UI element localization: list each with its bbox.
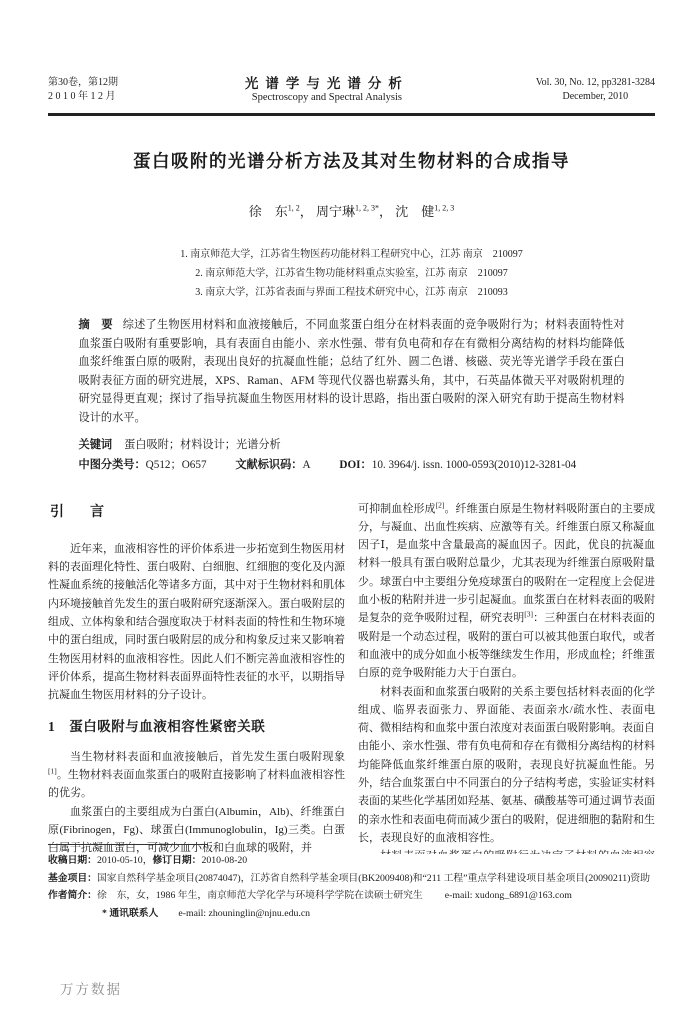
- author-separator: ，: [300, 204, 313, 219]
- footnote-rule: [48, 844, 208, 845]
- footnote-area: 收稿日期：2010-05-10，修订日期：2010-08-20 基金项目： 国家…: [48, 844, 655, 922]
- issue-date-line: 2010年12月: [48, 90, 118, 104]
- volume-info: Vol. 30, No. 12, pp3281-3284 December, 2…: [536, 76, 655, 104]
- section1-heading: 1 蛋白吸附与血液相容性紧密关联: [48, 718, 345, 736]
- authors-line: 徐 东1, 2， 周宁琳1, 2, 3*， 沈 健1, 2, 3: [48, 201, 655, 220]
- journal-name: 光谱学与光谱分析 Spectroscopy and Spectral Analy…: [245, 76, 409, 105]
- journal-name-en: Spectroscopy and Spectral Analysis: [245, 91, 409, 105]
- left-column: 引 言 近年来，血液相容性的评价体系进一步拓宽到生物医用材料的表面理化特性、蛋白…: [48, 500, 345, 854]
- right-column: 可抑制血栓形成[2]。纤维蛋白原是生物材料吸附蛋白的主要成分，与凝血、出血性疾病…: [358, 500, 655, 854]
- affiliation-line: 3. 南京大学，江苏省表面与界面工程技术研究中心，江苏 南京 210093: [48, 283, 655, 302]
- body-paragraph: 材料表面和血浆蛋白吸附的关系主要包括材料表面的化学组成、临界表面张力、界面能、表…: [358, 683, 655, 848]
- bio-text: 徐 东，女，1986 年生，南京师范大学化学与环境科学学院在读硕士研究生e-ma…: [97, 887, 655, 905]
- doc-code-value: A: [303, 459, 311, 471]
- wanfang-watermark: 万方数据: [60, 978, 122, 998]
- affiliation-line: 2. 南京师范大学，江苏省生物功能材料重点实验室，江苏 南京 210097: [48, 264, 655, 283]
- intro-heading: 引 言: [50, 504, 345, 522]
- author-affil-sup: 1, 2: [288, 204, 300, 213]
- clc-label: 中图分类号：: [79, 459, 146, 471]
- author-affil-sup: 1, 2, 3*: [355, 204, 379, 213]
- reference-marker: [1]: [48, 766, 57, 775]
- revised-label: 修订日期：: [153, 855, 202, 866]
- keywords-label: 关键词: [79, 439, 113, 451]
- keywords-line: 关键词蛋白吸附；材料设计；光谱分析: [79, 436, 625, 454]
- abstract-block: 摘 要综述了生物医用材料和血液接触后，不同血浆蛋白组分在材料表面的竞争吸附行为；…: [79, 316, 625, 428]
- journal-page: 第30卷，第12期 2010年12月 光谱学与光谱分析 Spectroscopy…: [0, 0, 700, 1023]
- received-label: 收稿日期：: [48, 855, 97, 866]
- abstract-label: 摘 要: [79, 319, 113, 331]
- issue-info: 第30卷，第12期 2010年12月: [48, 76, 118, 104]
- body-columns: 引 言 近年来，血液相容性的评价体系进一步拓宽到生物医用材料的表面理化特性、蛋白…: [48, 500, 655, 854]
- corresponding-author-line: * 通讯联系人e-mail: zhouninglin@njnu.edu.cn: [48, 905, 655, 923]
- revised-value: 2010-08-20: [201, 855, 247, 866]
- corresponding-email: e-mail: zhouninglin@njnu.edu.cn: [178, 908, 310, 919]
- affiliation-line: 1. 南京师范大学，江苏省生物医药功能材料工程研究中心，江苏 南京 210097: [48, 245, 655, 264]
- author-name: 周宁琳1, 2, 3*: [316, 204, 379, 219]
- paper-title: 蛋白吸附的光谱分析方法及其对生物材料的合成指导: [48, 149, 655, 173]
- bio-email: e-mail: xudong_6891@163.com: [445, 890, 572, 901]
- author-name: 沈 健1, 2, 3: [395, 204, 454, 219]
- clc-value: Q512；O657: [146, 459, 207, 471]
- fund-text: 国家自然科学基金项目(20874047)，江苏省自然科学基金项目(BK20094…: [97, 870, 655, 888]
- doi-value: 10. 3964/j. issn. 1000-0593(2010)12-3281…: [372, 459, 576, 471]
- classification-line: 中图分类号：Q512；O657 文献标识码：A DOI：10. 3964/j. …: [79, 456, 625, 474]
- received-date-line: 收稿日期：2010-05-10，修订日期：2010-08-20: [48, 852, 655, 870]
- fund-label: 基金项目：: [48, 870, 97, 888]
- bio-label: 作者简介：: [48, 887, 97, 905]
- body-paragraph: 近年来，血液相容性的评价体系进一步拓宽到生物医用材料的表面理化特性、蛋白吸附、白…: [48, 540, 345, 705]
- journal-name-cn: 光谱学与光谱分析: [245, 76, 409, 91]
- author-affil-sup: 1, 2, 3: [434, 204, 454, 213]
- abstract-text: 综述了生物医用材料和血液接触后，不同血浆蛋白组分在材料表面的竞争吸附行为；材料表…: [79, 319, 625, 424]
- corresponding-label: * 通讯联系人: [102, 908, 158, 919]
- volume-pages-line: Vol. 30, No. 12, pp3281-3284: [536, 76, 655, 90]
- journal-header: 第30卷，第12期 2010年12月 光谱学与光谱分析 Spectroscopy…: [48, 76, 655, 105]
- body-paragraph: 当生物材料表面和血液接触后，首先发生蛋白吸附现象[1]。生物材料表面血浆蛋白的吸…: [48, 748, 345, 803]
- volume-date-line: December, 2010: [536, 90, 655, 104]
- fund-line: 基金项目： 国家自然科学基金项目(20874047)，江苏省自然科学基金项目(B…: [48, 870, 655, 888]
- affiliations: 1. 南京师范大学，江苏省生物医药功能材料工程研究中心，江苏 南京 210097…: [48, 245, 655, 302]
- author-bio-line: 作者简介： 徐 东，女，1986 年生，南京师范大学化学与环境科学学院在读硕士研…: [48, 887, 655, 905]
- author-separator: ，: [379, 204, 392, 219]
- body-paragraph: 可抑制血栓形成[2]。纤维蛋白原是生物材料吸附蛋白的主要成分，与凝血、出血性疾病…: [358, 500, 655, 683]
- issue-volume-line: 第30卷，第12期: [48, 76, 118, 90]
- author-name: 徐 东1, 2: [249, 204, 300, 219]
- doi-label: DOI：: [339, 459, 371, 471]
- keywords-text: 蛋白吸附；材料设计；光谱分析: [124, 439, 281, 451]
- reference-marker: [3]: [524, 610, 533, 619]
- doc-code-label: 文献标识码：: [235, 459, 302, 471]
- received-value: 2010-05-10，: [97, 855, 153, 866]
- header-rule: [48, 113, 655, 116]
